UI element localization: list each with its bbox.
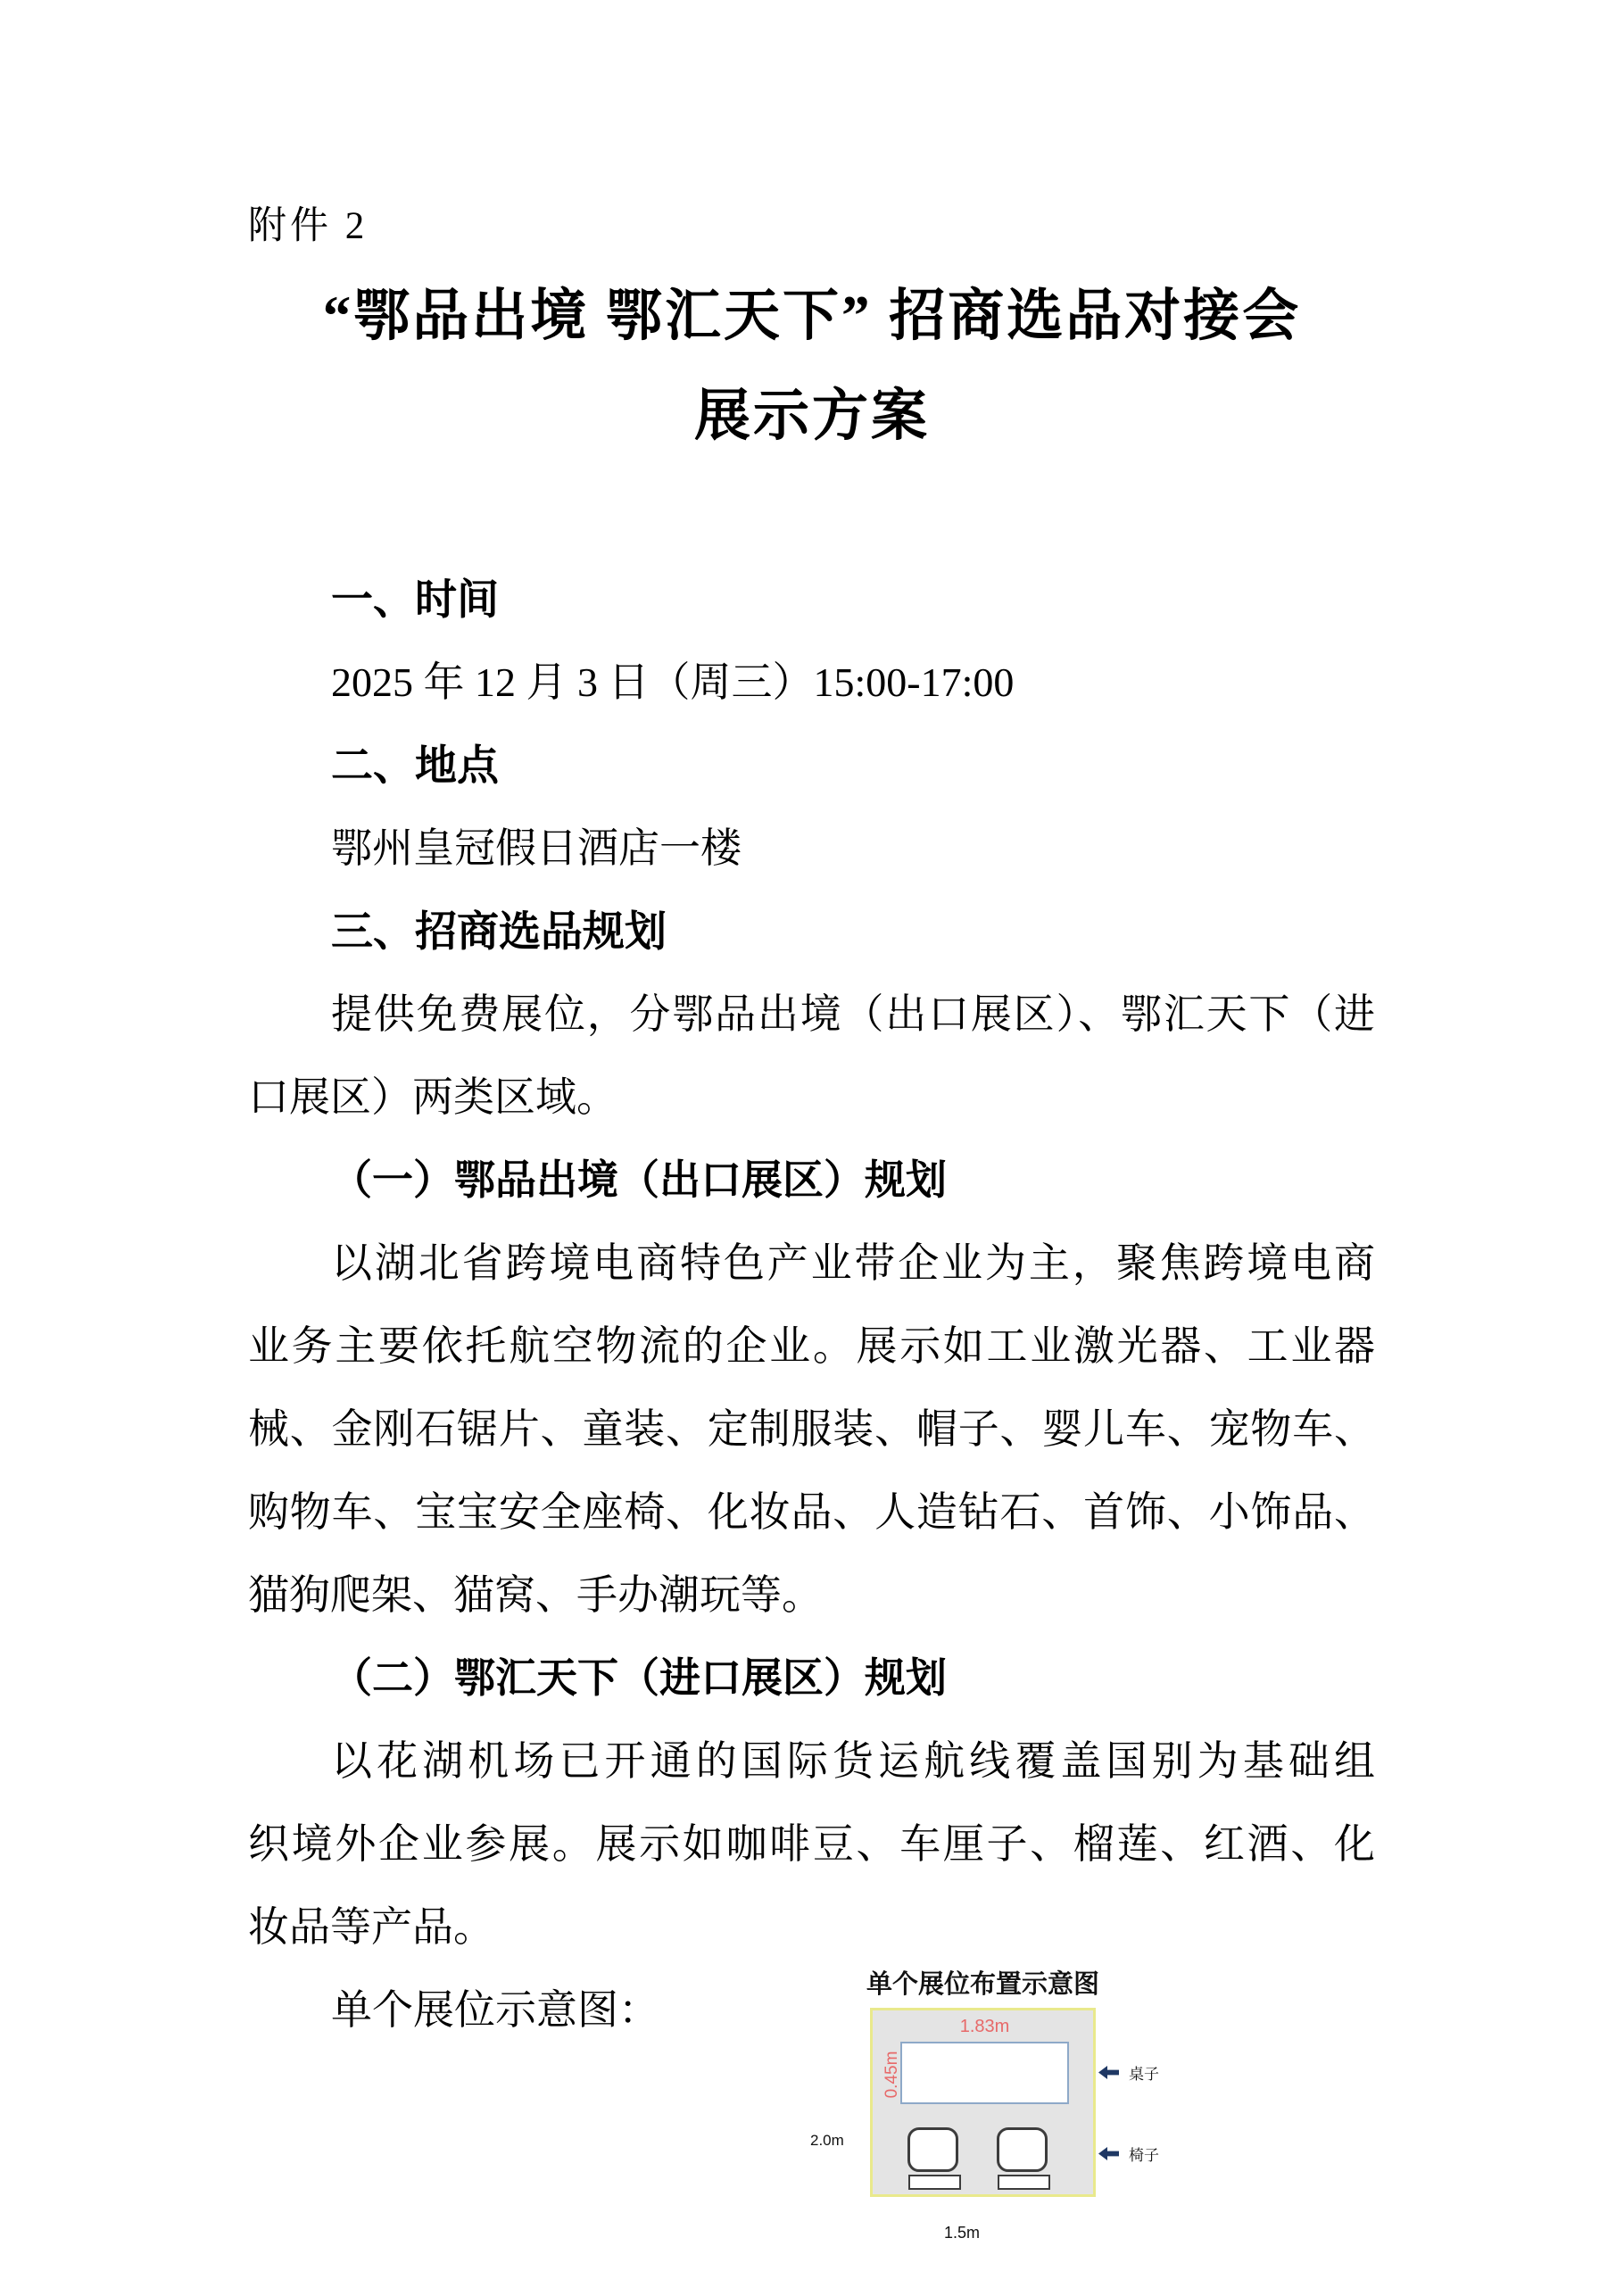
paragraph-export-line-3: 械、金刚石锯片、童装、定制服装、帽子、婴儿车、宠物车、 xyxy=(248,1388,1375,1471)
text-location: 鄂州皇冠假日酒店一楼 xyxy=(248,807,1375,890)
chair-seat-shape xyxy=(997,2127,1048,2172)
table-shape xyxy=(900,2042,1069,2104)
paragraph-import-line-3: 妆品等产品。 xyxy=(248,1886,1375,1969)
paragraph-import-line-2: 织境外企业参展。展示如咖啡豆、车厘子、榴莲、红酒、化 xyxy=(248,1803,1375,1886)
document-body: 一、时间 2025 年 12 月 3 日（周三）15:00-17:00 二、地点… xyxy=(248,558,1375,2051)
table-width-dimension: 1.83m xyxy=(900,2018,1069,2035)
subheading-import-zone: （二）鄂汇天下（进口展区）规划 xyxy=(248,1637,1375,1720)
document-title: “鄂品出境 鄂汇天下” 招商选品对接会 展示方案 xyxy=(0,266,1624,466)
paragraph-import-line-1: 以花湖机场已开通的国际货运航线覆盖国别为基础组 xyxy=(248,1720,1375,1803)
paragraph-export-line-4: 购物车、宝宝安全座椅、化妆品、人造钻石、首饰、小饰品、 xyxy=(248,1471,1375,1554)
document-page: 附件 2 “鄂品出境 鄂汇天下” 招商选品对接会 展示方案 一、时间 2025 … xyxy=(0,0,1624,2296)
paragraph-export-line-2: 业务主要依托航空物流的企业。展示如工业激光器、工业器 xyxy=(248,1305,1375,1388)
chair-seat-shape xyxy=(907,2127,958,2172)
chair-callout-label: 椅子 xyxy=(1129,2143,1159,2165)
booth-depth-dimension: 2.0m xyxy=(810,2132,844,2150)
text-datetime: 2025 年 12 月 3 日（周三）15:00-17:00 xyxy=(248,641,1375,724)
title-line-1: “鄂品出境 鄂汇天下” 招商选品对接会 xyxy=(0,266,1624,366)
chair-back-shape xyxy=(998,2175,1050,2190)
paragraph-intro-line-2: 口展区）两类区域。 xyxy=(248,1056,1375,1139)
title-line-2: 展示方案 xyxy=(0,366,1624,466)
heading-location: 二、地点 xyxy=(248,724,1375,807)
table-callout: 桌子 xyxy=(1098,2061,1159,2084)
left-arrow-icon xyxy=(1098,2147,1119,2160)
left-arrow-icon xyxy=(1098,2066,1119,2079)
chair-callout: 椅子 xyxy=(1098,2143,1159,2165)
attachment-label: 附件 2 xyxy=(248,198,368,255)
table-callout-label: 桌子 xyxy=(1129,2061,1159,2084)
paragraph-export-line-1: 以湖北省跨境电商特色产业带企业为主，聚焦跨境电商 xyxy=(248,1222,1375,1305)
booth-outline: 1.83m 0.45m xyxy=(870,2008,1096,2197)
subheading-export-zone: （一）鄂品出境（出口展区）规划 xyxy=(248,1139,1375,1222)
booth-diagram: 单个展位布置示意图 1.83m 0.45m 2.0m 1.5m 桌子 椅子 xyxy=(803,1959,1187,2267)
booth-width-dimension: 1.5m xyxy=(928,2224,996,2242)
chair-back-shape xyxy=(908,2175,961,2190)
heading-time: 一、时间 xyxy=(248,558,1375,641)
diagram-caption: 单个展位布置示意图 xyxy=(861,1964,1105,2001)
heading-plan: 三、招商选品规划 xyxy=(248,890,1375,973)
table-depth-dimension: 0.45m xyxy=(883,2043,901,2107)
paragraph-intro-line-1: 提供免费展位，分鄂品出境（出口展区）、鄂汇天下（进 xyxy=(248,973,1375,1056)
paragraph-export-line-5: 猫狗爬架、猫窝、手办潮玩等。 xyxy=(248,1554,1375,1637)
